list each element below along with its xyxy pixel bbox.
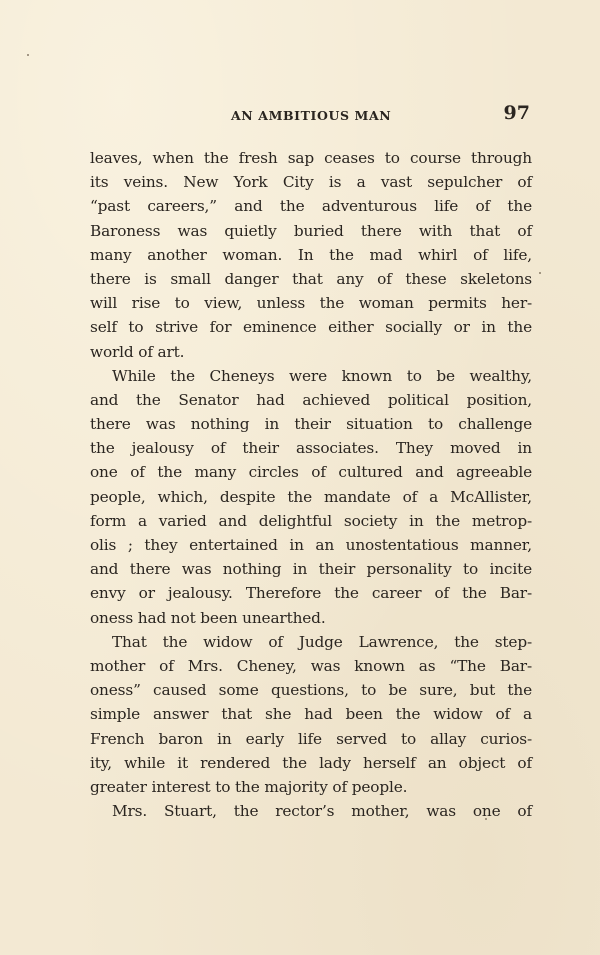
text-line: people, which, despite the mandate of a …	[90, 485, 532, 509]
text-line: ity, while it rendered the lady herself …	[90, 751, 532, 775]
paragraph-3: That the widow of Judge Lawrence, the st…	[90, 630, 532, 799]
paragraph-2: While the Cheneys were known to be wealt…	[90, 364, 532, 630]
text-line: will rise to view, unless the woman perm…	[90, 291, 532, 315]
text-line: world of art.	[90, 340, 532, 364]
paragraph-4: Mrs. Stuart, the rector’s mother, was on…	[90, 799, 532, 823]
paper-speck	[485, 818, 487, 820]
text-line: form a varied and delightful society in …	[90, 509, 532, 533]
paper-speck	[539, 272, 541, 274]
text-line: there is small danger that any of these …	[90, 267, 532, 291]
text-line: mother of Mrs. Cheney, was known as “The…	[90, 654, 532, 678]
text-line: many another woman. In the mad whirl of …	[90, 243, 532, 267]
text-line: “past careers,” and the adventurous life…	[90, 194, 532, 218]
text-line: and there was nothing in their personali…	[90, 557, 532, 581]
paper-speck	[27, 54, 29, 56]
text-line: envy or jealousy. Therefore the career o…	[90, 581, 532, 605]
text-line: olis ; they entertained in an unostentat…	[90, 533, 532, 557]
text-line: and the Senator had achieved political p…	[90, 388, 532, 412]
text-line: one of the many circles of cultured and …	[90, 460, 532, 484]
text-line: there was nothing in their situation to …	[90, 412, 532, 436]
text-line: That the widow of Judge Lawrence, the st…	[90, 630, 532, 654]
book-page: AN AMBITIOUS MAN 97 leaves, when the fre…	[0, 0, 600, 955]
running-head: AN AMBITIOUS MAN 97	[88, 104, 532, 128]
body-text: leaves, when the fresh sap ceases to cou…	[90, 146, 532, 823]
text-line: greater interest to the majority of peop…	[90, 775, 532, 799]
text-line: its veins. New York City is a vast sepul…	[90, 170, 532, 194]
text-line: French baron in early life served to all…	[90, 727, 532, 751]
paragraph-1: leaves, when the fresh sap ceases to cou…	[90, 146, 532, 364]
text-line: While the Cheneys were known to be wealt…	[90, 364, 532, 388]
text-line: the jealousy of their associates. They m…	[90, 436, 532, 460]
running-title: AN AMBITIOUS MAN	[231, 108, 391, 123]
text-line: Mrs. Stuart, the rector’s mother, was on…	[90, 799, 532, 823]
text-line: Baroness was quietly buried there with t…	[90, 219, 532, 243]
text-line: oness had not been unearthed.	[90, 606, 532, 630]
text-line: leaves, when the fresh sap ceases to cou…	[90, 146, 532, 170]
page-number: 97	[504, 102, 530, 124]
text-line: oness” caused some questions, to be sure…	[90, 678, 532, 702]
text-line: self to strive for eminence either socia…	[90, 315, 532, 339]
text-line: simple answer that she had been the wido…	[90, 702, 532, 726]
